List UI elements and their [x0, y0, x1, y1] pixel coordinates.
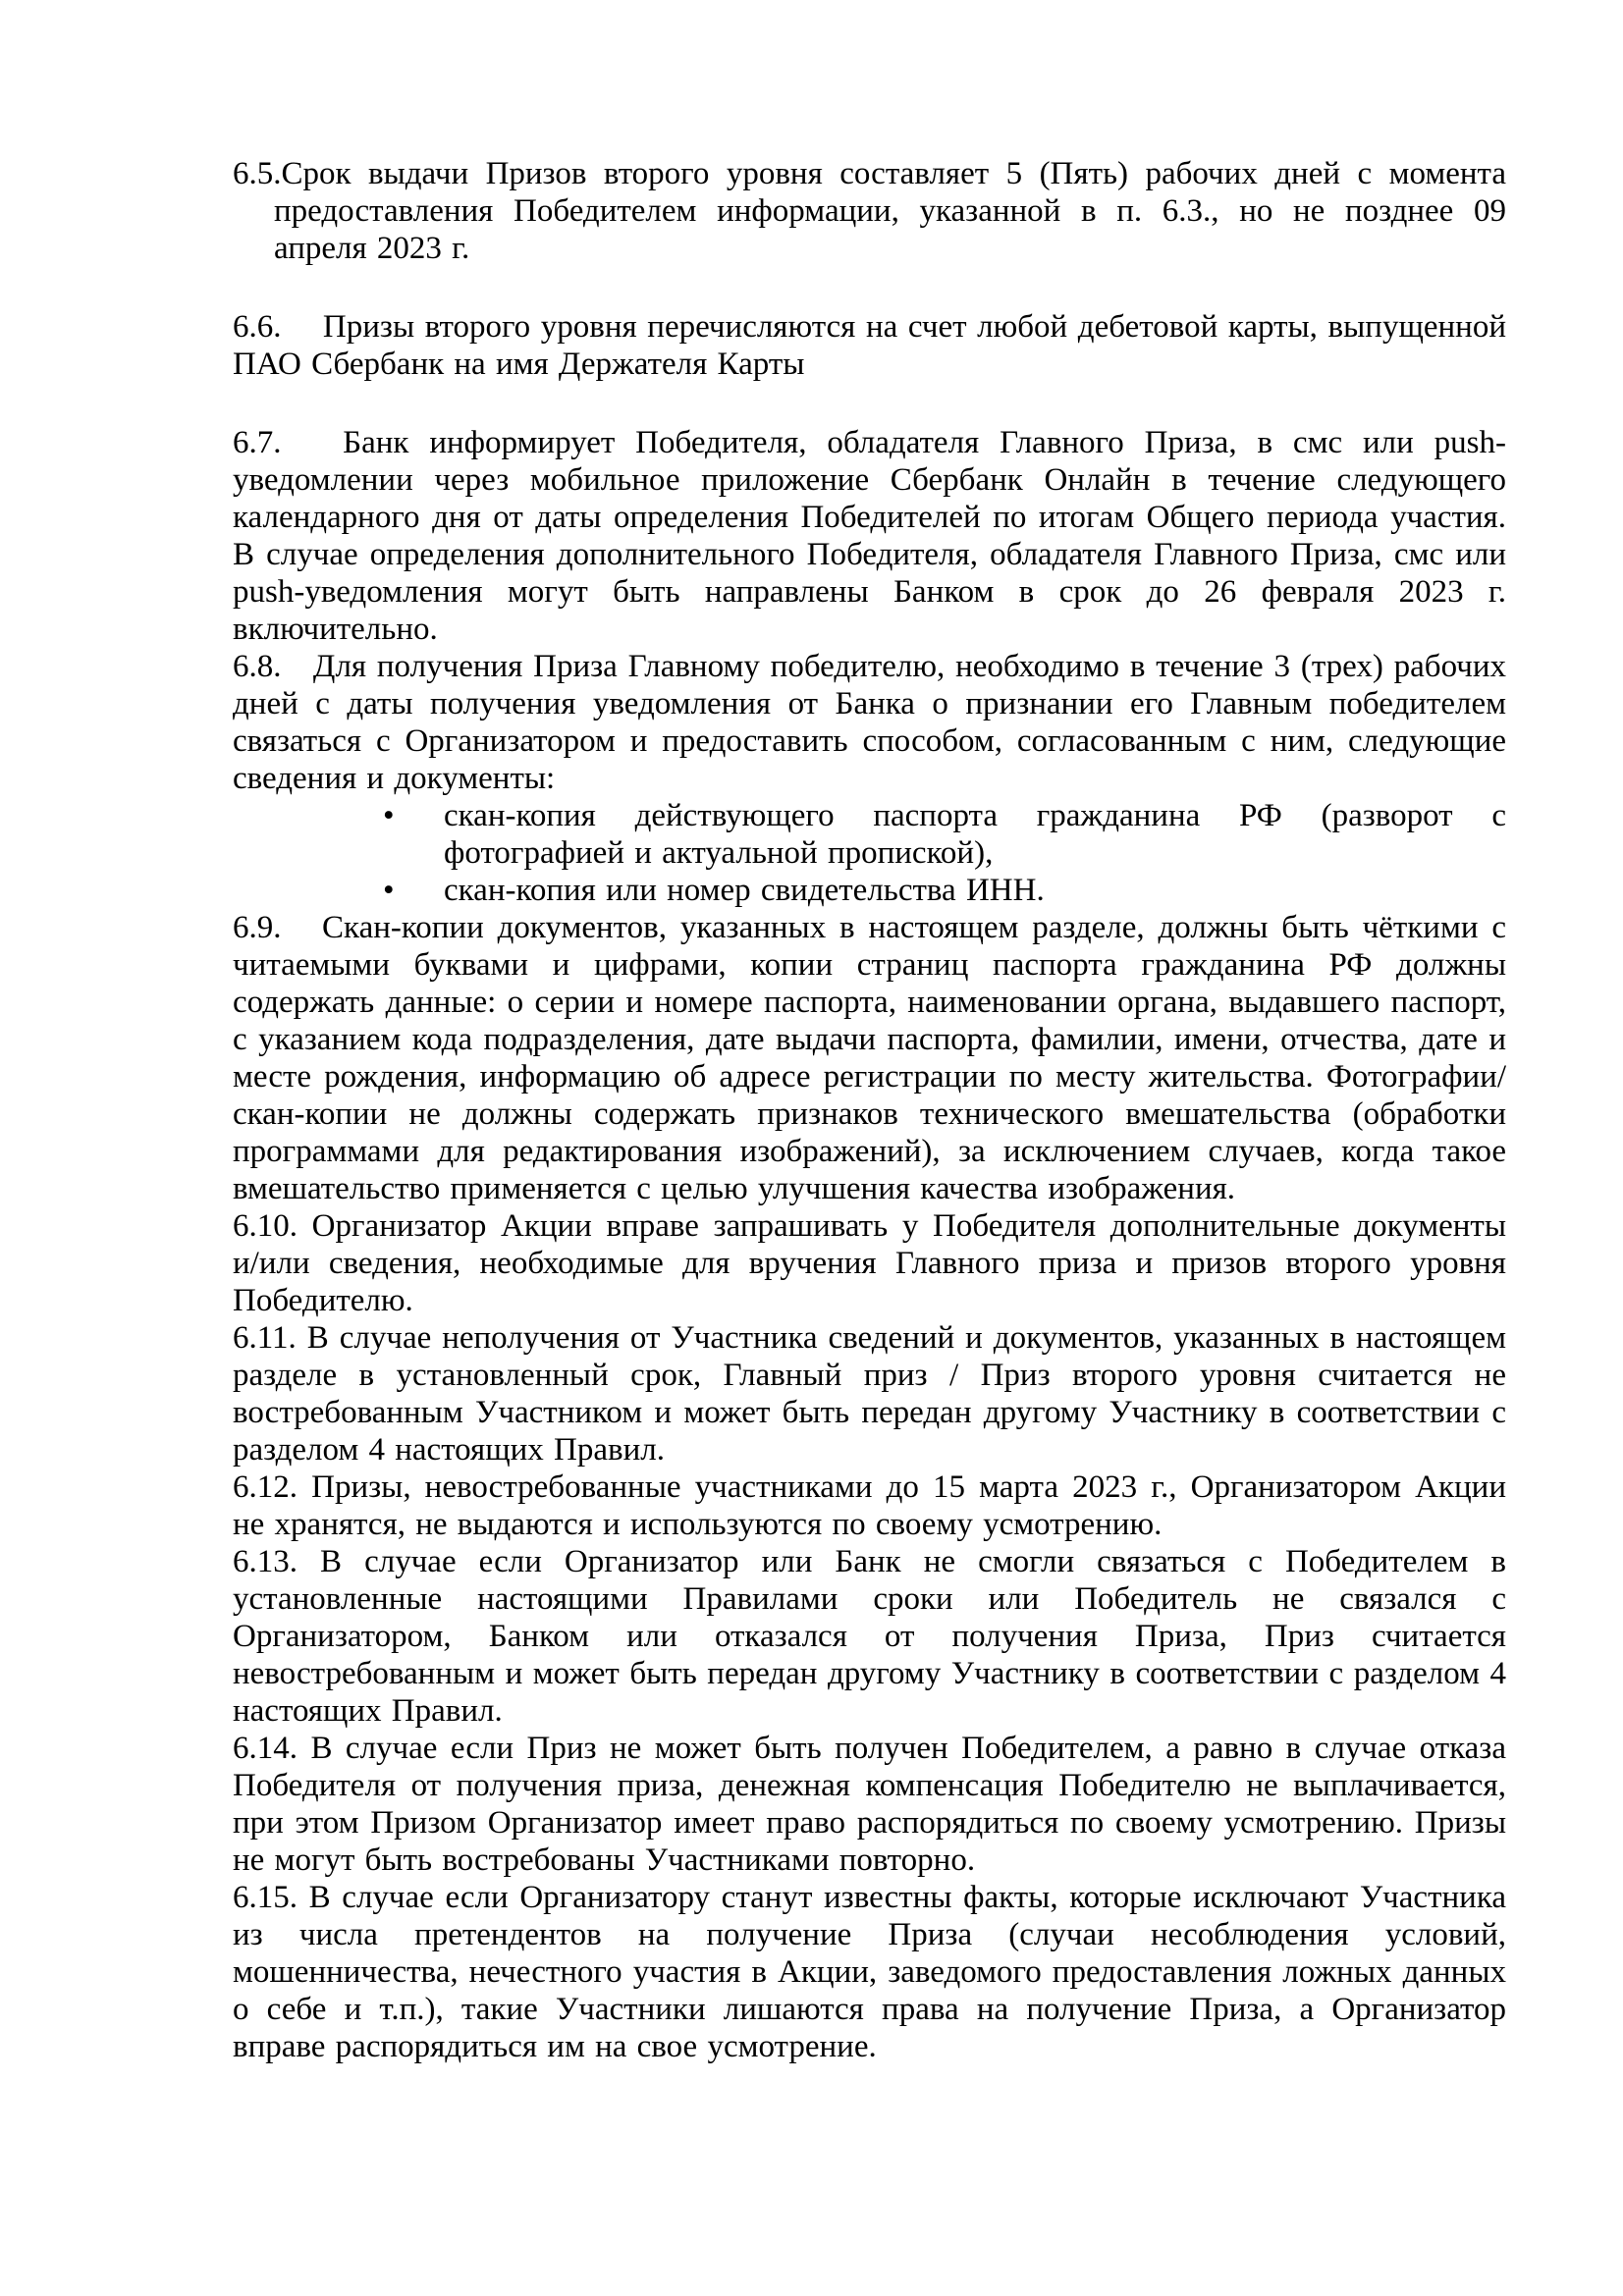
list-item: • скан-копия действующего паспорта гражд…: [233, 797, 1506, 872]
paragraph-6-9: 6.9. Скан-копии документов, указанных в …: [233, 909, 1506, 1207]
bullet-icon: •: [383, 872, 395, 909]
paragraph-6-7: 6.7. Банк информирует Победителя, облада…: [233, 424, 1506, 648]
list-item-text: скан-копия или номер свидетельства ИНН.: [444, 873, 1045, 908]
document-list: • скан-копия действующего паспорта гражд…: [233, 797, 1506, 909]
paragraph-6-5: 6.5.Срок выдачи Призов второго уровня со…: [233, 155, 1506, 267]
paragraph-6-8: 6.8. Для получения Приза Главному победи…: [233, 648, 1506, 797]
paragraph-6-6: 6.6. Призы второго уровня перечисляются …: [233, 308, 1506, 383]
list-item: • скан-копия или номер свидетельства ИНН…: [233, 872, 1506, 909]
bullet-icon: •: [383, 797, 395, 834]
paragraph-6-10: 6.10. Организатор Акции вправе запрашива…: [233, 1207, 1506, 1319]
paragraph-6-14: 6.14. В случае если Приз не может быть п…: [233, 1730, 1506, 1879]
paragraph-6-13: 6.13. В случае если Организатор или Банк…: [233, 1543, 1506, 1730]
list-item-text: скан-копия действующего паспорта граждан…: [444, 798, 1506, 871]
paragraph-6-11: 6.11. В случае неполучения от Участника …: [233, 1319, 1506, 1468]
paragraph-6-12: 6.12. Призы, невостребованные участникам…: [233, 1468, 1506, 1543]
paragraph-6-15: 6.15. В случае если Организатору станут …: [233, 1879, 1506, 2065]
document-page: 6.5.Срок выдачи Призов второго уровня со…: [0, 0, 1623, 2296]
